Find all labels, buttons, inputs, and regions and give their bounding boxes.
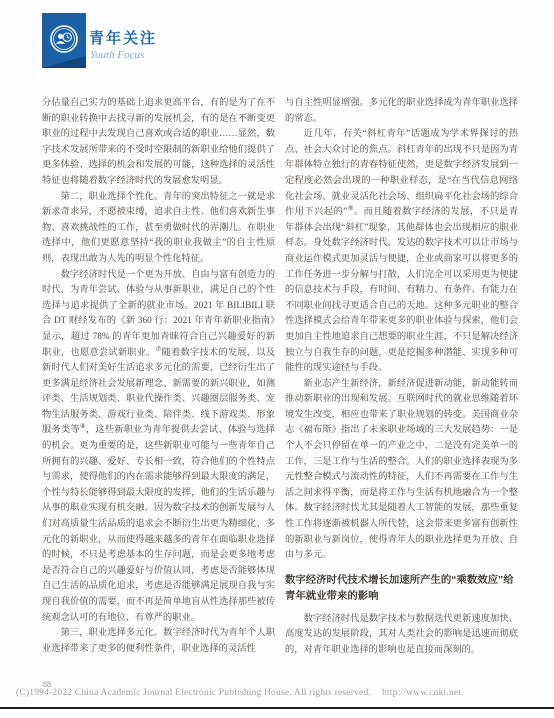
column-subtitle: Youth Focus — [90, 49, 144, 61]
section-heading: 数字经济时代技术增长加速所产生的“乘数效应”给青年就业带来的影响 — [285, 573, 518, 606]
paragraph-continuation: 与自主性明显增强。多元化的职业选择成为青年职业选择的常态。 — [285, 96, 518, 127]
paragraph: 数字经济时代是数字技术与数据迭代更新速度加快、高度发达的发展阶段，其对人类社会的… — [285, 612, 518, 659]
youth-focus-badge — [42, 13, 86, 68]
bottom-rule — [0, 707, 554, 709]
left-text-column: 分估量自己实力的基础上追求更高平台，有的是为了在不断的职业转换中去找寻新的发展机… — [42, 96, 275, 657]
paragraph-with-footnote: 近几年，有关“斜杠青年”话题成为学术界探讨的热点、社会大众讨论的焦点。斜杠青年的… — [285, 127, 518, 377]
text-segment: 。而且随着数字经济的发展，不只是青年群体会出现“斜杠”现象，其他群体也会出现相应… — [285, 207, 518, 373]
document-page: 青年关注 Youth Focus 分估量自己实力的基础上追求更高平台，有的是为了… — [0, 0, 554, 718]
footnote-mark-9: ⑨ — [347, 205, 354, 212]
person-clock-icon — [49, 24, 79, 54]
copyright-text: (C)1994-2022 China Academic Journal Elec… — [16, 688, 371, 698]
text-segment: ，这些新职业为青年提供去尝试、体验与选择的机会。更为重要的是，这些新职业可能与一… — [42, 425, 275, 622]
text-segment: 随着数字技术的发展，以及新时代人们对美好生活追求多元化的需要，已经衍生出了更多满… — [42, 348, 275, 436]
right-text-column: 与自主性明显增强。多元化的职业选择成为青年职业选择的常态。 近几年，有关“斜杠青… — [285, 96, 518, 659]
paragraph-with-footnotes: 数字经济时代是一个更为开放、自由与富有创造力的时代，为青年尝试、体验与从事新职业… — [42, 268, 275, 627]
copyright-line: (C)1994-2022 China Academic Journal Elec… — [16, 688, 461, 698]
column-title: 青年关注 — [89, 27, 157, 48]
cnki-url: http://www.cnki.net — [382, 688, 461, 698]
paragraph-continuation: 分估量自己实力的基础上追求更高平台，有的是为了在不断的职业转换中去找寻新的发展机… — [42, 96, 275, 190]
paragraph-third-point: 第三，职业选择多元化。数字经济时代为青年个人职业选择带来了更多的便利性条件，职业… — [42, 626, 275, 657]
paragraph-second-point: 第二，职业选择个性化。青年的突出特征之一就是求新求奇求异，不愿被束缚，追求自主性… — [42, 190, 275, 268]
text-segment: 近几年，有关“斜杠青年”话题成为学术界探讨的热点、社会大众讨论的焦点。斜杠青年的… — [285, 129, 518, 217]
paragraph: 新业态产生新经济，新经济促进新动能，新动能转而推动新职业的出现和发展。互联网时代… — [285, 377, 518, 564]
